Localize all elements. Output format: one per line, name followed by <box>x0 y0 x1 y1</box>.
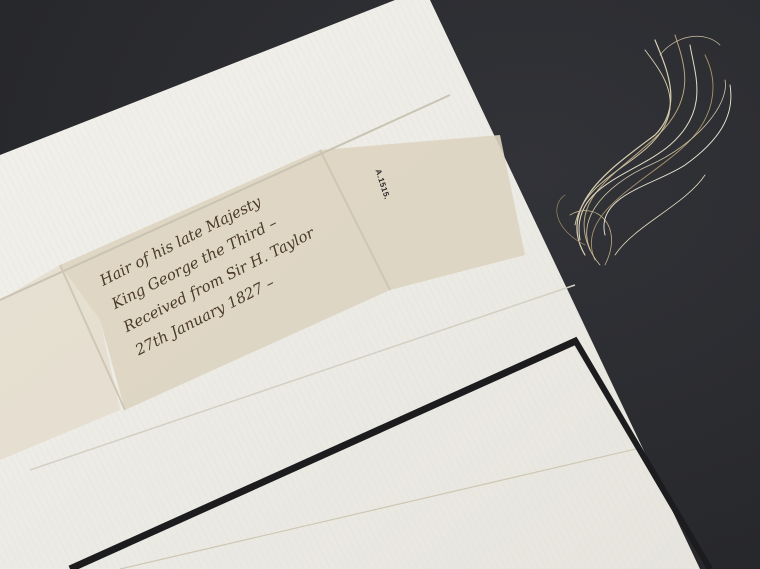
lock-of-hair <box>545 25 745 285</box>
